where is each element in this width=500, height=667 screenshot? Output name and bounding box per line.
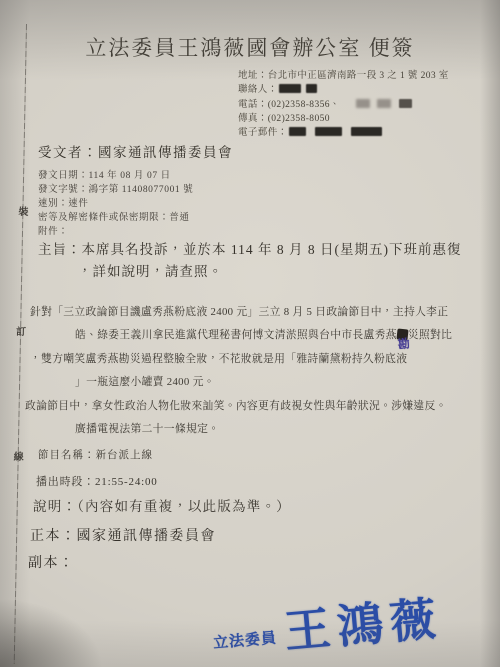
contact-block: 地址：台北市中正區濟南路一段 3 之 1 號 203 室 聯絡人： 電話：(02… (238, 69, 449, 140)
redaction-box (315, 127, 342, 136)
contact-email-row: 電子郵件： (238, 126, 449, 140)
redaction-box (289, 127, 306, 136)
meta-block: 發文日期：114 年 08 月 07 日 發文字號：鴻字第 1140807700… (38, 169, 193, 239)
page-title: 立法委員王鴻薇國會辦公室 便簽 (0, 32, 500, 62)
body-line: 皓、綠委王義川拿民進黨代理秘書何博文清淤照與台中市長盧秀燕勘災照對比 (75, 324, 485, 347)
redaction-box (351, 127, 382, 136)
redaction-box (356, 99, 370, 108)
contact-phone-label: 電話： (238, 100, 268, 110)
memo-document-photo: 裝 訂 線 立法委員王鴻薇國會辦公室 便簽 地址：台北市中正區濟南路一段 3 之… (0, 0, 500, 667)
body-line: 廣播電視法第二十一條規定。 (75, 418, 485, 441)
meta-attachment: 附件： (38, 225, 193, 239)
recipient-line: 受文者：國家通訊傳播委員會 (38, 141, 233, 161)
body-text: 針對「三立政論節目譏盧秀燕粉底液 2400 元」三立 8 月 5 日政論節目中，… (25, 301, 485, 441)
signature-stamp: 立法委員 王鴻薇 (210, 582, 446, 667)
field-broadcast-time: 播出時段：21:55-24:00 (36, 473, 158, 489)
field-original-recipient: 正本：國家通訊傳播委員會 (30, 525, 216, 545)
binding-char-ding: 訂 (15, 327, 27, 339)
field-note: 說明：（內容如有重複，以此版為準。） (33, 495, 291, 515)
meta-speed-class: 速別：速件 (38, 197, 193, 211)
meta-security-class: 密等及解密條件或保密期限：普通 (38, 211, 193, 225)
contact-phone-value: (02)2358-8356、 (268, 100, 340, 110)
contact-person-row: 聯絡人： (238, 83, 449, 97)
subject-line-2: ，詳如說明，請查照。 (78, 261, 462, 283)
meta-issue-date: 發文日期：114 年 08 月 07 日 (38, 169, 193, 183)
redaction-box (279, 84, 301, 93)
field-carbon-copy: 副本： (28, 552, 75, 572)
stamp-title: 立法委員 (212, 626, 278, 652)
stamp-name: 王鴻薇 (281, 582, 445, 662)
body-line: 針對「三立政論節目譏盧秀燕粉底液 2400 元」三立 8 月 5 日政論節目中，… (30, 301, 485, 324)
contact-phone-row: 電話：(02)2358-8356、 (238, 98, 449, 112)
contact-person-label: 聯絡人： (238, 85, 278, 95)
correction-anchor: 勘 (397, 324, 408, 347)
binding-char-zhuang: 裝 (17, 207, 29, 219)
body-line: 政論節目中，拿女性政治人物化妝來訕笑。內容更有歧視女性與年齡狀況。涉嫌違反。 (25, 395, 485, 418)
body-line-text: 災照對比 (408, 329, 452, 341)
meta-doc-number: 發文字號：鴻字第 11408077001 號 (38, 183, 193, 197)
body-line-text: 皓、綠委王義川拿民進黨代理秘書何博文清淤照與台中市長盧秀燕 (75, 329, 397, 341)
subject-block: 主旨：本席具名投訴，並於本 114 年 8 月 8 日(星期五)下班前惠復 ，詳… (38, 239, 462, 282)
contact-address: 地址：台北市中正區濟南路一段 3 之 1 號 203 室 (238, 69, 449, 83)
redaction-box (399, 99, 412, 108)
body-line: ，雙方嘲笑盧秀燕勘災過程整臉全妝，不花妝就是用「雅詩蘭黛粉持久粉底液 (30, 348, 485, 371)
contact-email-label: 電子郵件： (238, 128, 288, 138)
body-line: 」一瓶這麼小罐賣 2400 元。 (75, 371, 485, 394)
binding-char-xian: 線 (13, 452, 25, 464)
field-program-name: 節目名稱：新台派上線 (38, 447, 153, 462)
contact-fax-row: 傳真：(02)2358-8050 (238, 112, 449, 126)
redaction-box (306, 84, 317, 93)
redaction-box (377, 99, 391, 108)
binding-rule (14, 24, 27, 664)
subject-line-1: 主旨：本席具名投訴，並於本 114 年 8 月 8 日(星期五)下班前惠復 (38, 239, 462, 261)
